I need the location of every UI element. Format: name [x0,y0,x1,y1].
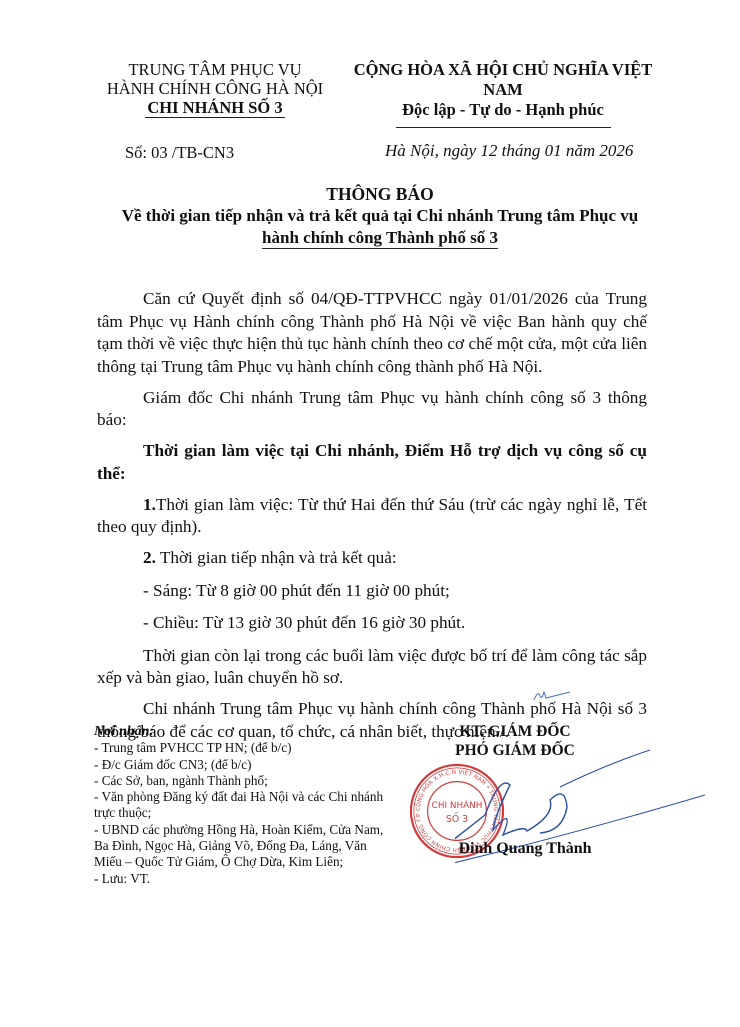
issuing-agency-block: TRUNG TÂM PHỤC VỤ HÀNH CHÍNH CÔNG HÀ NỘI… [90,60,340,118]
recipients-heading: Nơi nhận: [94,724,384,740]
morning-hours: - Sáng: Từ 8 giờ 00 phút đến 11 giờ 00 p… [97,580,647,603]
afternoon-hours: - Chiều: Từ 13 giờ 30 phút đến 16 giờ 30… [97,612,647,635]
national-motto: Độc lập - Tự do - Hạnh phúc [333,100,673,120]
recipient-item: - Văn phòng Đăng ký đất đai Hà Nội và cá… [94,789,384,822]
recipient-item: - UBND các phường Hồng Hà, Hoàn Kiếm, Cử… [94,822,384,871]
recipient-item: - Đ/c Giám đốc CN3; (để b/c) [94,757,384,773]
section-heading: Thời gian làm việc tại Chi nhánh, Điểm H… [97,440,647,485]
country-name: CỘNG HÒA XÃ HỘI CHỦ NGHĨA VIỆT NAM [333,60,673,100]
item-1-text: Thời gian làm việc: Từ thứ Hai đến thứ S… [97,495,647,537]
recipient-item: - Trung tâm PVHCC TP HN; (để b/c) [94,740,384,756]
branch-name: CHI NHÁNH SỐ 3 [145,99,284,118]
initial-mark-icon [530,684,575,706]
announcer-paragraph: Giám đốc Chi nhánh Trung tâm Phục vụ hàn… [97,387,647,432]
document-subtitle-line-2: hành chính công Thành phố số 3 [262,228,498,249]
document-body: Căn cứ Quyết định số 04/QĐ-TTPVHCC ngày … [97,288,647,752]
remaining-time-paragraph: Thời gian còn lại trong các buổi làm việ… [97,645,647,690]
agency-name-line-2: HÀNH CHÍNH CÔNG HÀ NỘI [90,79,340,98]
legal-basis-paragraph: Căn cứ Quyết định số 04/QĐ-TTPVHCC ngày … [97,288,647,378]
item-1-number: 1. [143,495,156,514]
motto-underline [396,127,611,128]
recipient-item: - Lưu: VT. [94,871,384,887]
document-date: Hà Nội, ngày 12 tháng 01 năm 2026 [385,141,633,161]
item-1-paragraph: 1.Thời gian làm việc: Từ thứ Hai đến thứ… [97,494,647,539]
recipients-block: Nơi nhận: - Trung tâm PVHCC TP HN; (để b… [94,724,384,887]
item-2-text: Thời gian tiếp nhận và trả kết quả: [156,548,397,567]
document-title: THÔNG BÁO [95,183,665,205]
agency-name-line-1: TRUNG TÂM PHỤC VỤ [90,60,340,79]
signature-authority: KT. GIÁM ĐỐC [405,722,625,741]
recipient-item: - Các Sở, ban, ngành Thành phố; [94,773,384,789]
national-heading-block: CỘNG HÒA XÃ HỘI CHỦ NGHĨA VIỆT NAM Độc l… [333,60,673,128]
item-2-paragraph: 2. Thời gian tiếp nhận và trả kết quả: [97,547,647,570]
signer-name: Đinh Quang Thành [435,840,615,858]
document-title-block: THÔNG BÁO Về thời gian tiếp nhận và trả … [95,183,665,249]
document-number: Số: 03 /TB-CN3 [125,143,234,163]
item-2-number: 2. [143,548,156,567]
document-subtitle-line-1: Về thời gian tiếp nhận và trả kết quả tạ… [95,205,665,227]
